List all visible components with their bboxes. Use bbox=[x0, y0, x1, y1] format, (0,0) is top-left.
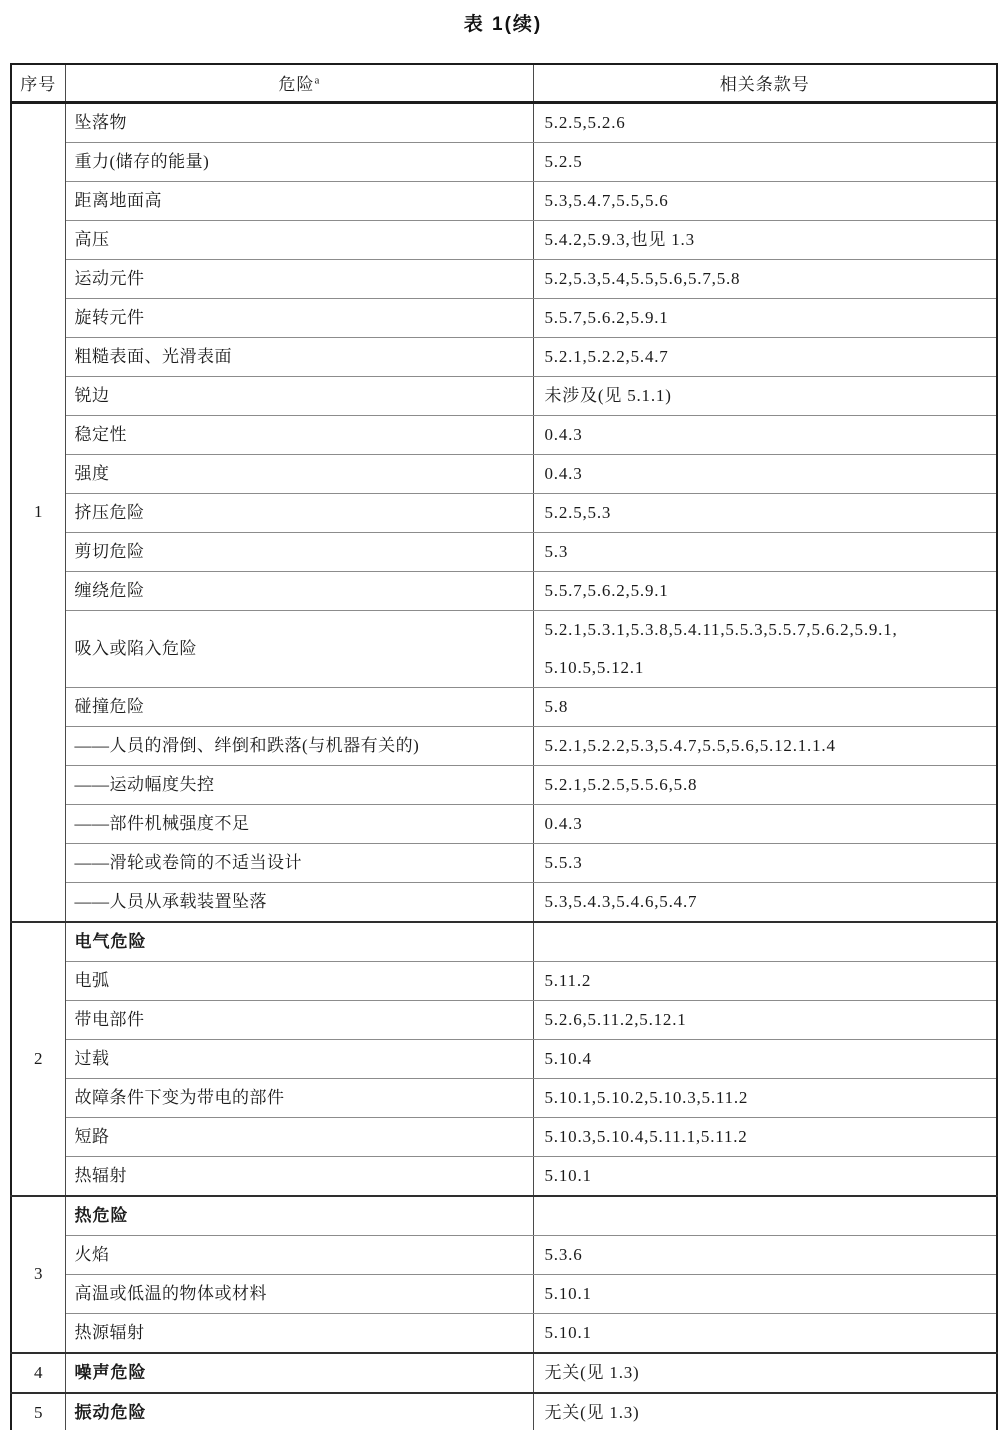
clauses-cell: 5.2.5 bbox=[533, 142, 997, 181]
clauses-cell: 5.11.2 bbox=[533, 961, 997, 1000]
hazard-cell: ——滑轮或卷筒的不适当设计 bbox=[65, 843, 533, 882]
table-row: ——滑轮或卷筒的不适当设计5.5.3 bbox=[11, 843, 997, 882]
clauses-cell: 5.2,5.3,5.4,5.5,5.6,5.7,5.8 bbox=[533, 259, 997, 298]
section-index-cell: 5 bbox=[11, 1393, 65, 1430]
clauses-cell: 5.2.6,5.11.2,5.12.1 bbox=[533, 1000, 997, 1039]
table-row: 3热危险 bbox=[11, 1196, 997, 1236]
table-row: 热辐射5.10.1 bbox=[11, 1156, 997, 1196]
table-row: 剪切危险5.3 bbox=[11, 532, 997, 571]
hazard-cell: 稳定性 bbox=[65, 415, 533, 454]
hazard-cell: 短路 bbox=[65, 1117, 533, 1156]
hazard-cell: ——人员的滑倒、绊倒和跌落(与机器有关的) bbox=[65, 726, 533, 765]
hazard-cell: 粗糙表面、光滑表面 bbox=[65, 337, 533, 376]
clauses-cell: 0.4.3 bbox=[533, 804, 997, 843]
clauses-cell: 5.3 bbox=[533, 532, 997, 571]
clauses-cell: 5.2.1,5.2.2,5.3,5.4.7,5.5,5.6,5.12.1.1.4 bbox=[533, 726, 997, 765]
clauses-cell bbox=[533, 922, 997, 962]
hazard-cell: 电弧 bbox=[65, 961, 533, 1000]
document-page: 表 1(续) 序号 危险a 相关条款号 1坠落物5.2.5,5.2.6重力(储存… bbox=[0, 0, 1006, 1430]
hazard-cell: 噪声危险 bbox=[65, 1353, 533, 1393]
clauses-cell: 5.3.6 bbox=[533, 1235, 997, 1274]
clauses-cell: 0.4.3 bbox=[533, 415, 997, 454]
hazard-table: 序号 危险a 相关条款号 1坠落物5.2.5,5.2.6重力(储存的能量)5.2… bbox=[10, 63, 998, 1430]
clauses-cell: 5.10.1,5.10.2,5.10.3,5.11.2 bbox=[533, 1078, 997, 1117]
hazard-cell: 强度 bbox=[65, 454, 533, 493]
clauses-cell: 5.5.7,5.6.2,5.9.1 bbox=[533, 571, 997, 610]
table-row: 热源辐射5.10.1 bbox=[11, 1313, 997, 1353]
hazard-cell: ——人员从承载装置坠落 bbox=[65, 882, 533, 922]
table-row: ——人员从承载装置坠落5.3,5.4.3,5.4.6,5.4.7 bbox=[11, 882, 997, 922]
table-row: 5振动危险无关(见 1.3) bbox=[11, 1393, 997, 1430]
table-row: 2电气危险 bbox=[11, 922, 997, 962]
table-row: 粗糙表面、光滑表面5.2.1,5.2.2,5.4.7 bbox=[11, 337, 997, 376]
clauses-cell: 5.10.1 bbox=[533, 1274, 997, 1313]
column-header-hazard: 危险a bbox=[65, 64, 533, 102]
hazard-cell: 过载 bbox=[65, 1039, 533, 1078]
table-row: ——运动幅度失控5.2.1,5.2.5,5.5.6,5.8 bbox=[11, 765, 997, 804]
clauses-cell: 5.4.2,5.9.3,也见 1.3 bbox=[533, 220, 997, 259]
hazard-cell: 高压 bbox=[65, 220, 533, 259]
hazard-cell: 缠绕危险 bbox=[65, 571, 533, 610]
hazard-cell: 火焰 bbox=[65, 1235, 533, 1274]
clauses-cell: 5.10.3,5.10.4,5.11.1,5.11.2 bbox=[533, 1117, 997, 1156]
hazard-cell: ——部件机械强度不足 bbox=[65, 804, 533, 843]
column-header-index: 序号 bbox=[11, 64, 65, 102]
clauses-cell: 0.4.3 bbox=[533, 454, 997, 493]
table-row: 运动元件5.2,5.3,5.4,5.5,5.6,5.7,5.8 bbox=[11, 259, 997, 298]
section-index-cell: 1 bbox=[11, 102, 65, 922]
table-row: 高压5.4.2,5.9.3,也见 1.3 bbox=[11, 220, 997, 259]
clauses-cell: 5.2.5,5.2.6 bbox=[533, 102, 997, 142]
table-row: 短路5.10.3,5.10.4,5.11.1,5.11.2 bbox=[11, 1117, 997, 1156]
table-row: 重力(储存的能量)5.2.5 bbox=[11, 142, 997, 181]
hazard-cell: 带电部件 bbox=[65, 1000, 533, 1039]
clauses-cell: 5.5.7,5.6.2,5.9.1 bbox=[533, 298, 997, 337]
table-row: 稳定性0.4.3 bbox=[11, 415, 997, 454]
table-row: ——人员的滑倒、绊倒和跌落(与机器有关的)5.2.1,5.2.2,5.3,5.4… bbox=[11, 726, 997, 765]
hazard-cell: ——运动幅度失控 bbox=[65, 765, 533, 804]
clauses-cell: 5.2.1,5.2.2,5.4.7 bbox=[533, 337, 997, 376]
clauses-cell: 5.3,5.4.3,5.4.6,5.4.7 bbox=[533, 882, 997, 922]
hazard-table-body: 1坠落物5.2.5,5.2.6重力(储存的能量)5.2.5距离地面高5.3,5.… bbox=[11, 102, 997, 1430]
table-row: 挤压危险5.2.5,5.3 bbox=[11, 493, 997, 532]
table-title: 表 1(续) bbox=[0, 9, 1006, 36]
section-index-cell: 2 bbox=[11, 922, 65, 1196]
table-row: 电弧5.11.2 bbox=[11, 961, 997, 1000]
table-row: 旋转元件5.5.7,5.6.2,5.9.1 bbox=[11, 298, 997, 337]
hazard-cell: 高温或低温的物体或材料 bbox=[65, 1274, 533, 1313]
hazard-cell: 挤压危险 bbox=[65, 493, 533, 532]
table-row: 火焰5.3.6 bbox=[11, 1235, 997, 1274]
hazard-cell: 重力(储存的能量) bbox=[65, 142, 533, 181]
hazard-cell: 碰撞危险 bbox=[65, 687, 533, 726]
column-header-clauses-label: 相关条款号 bbox=[720, 75, 810, 94]
clauses-cell: 5.2.1,5.2.5,5.5.6,5.8 bbox=[533, 765, 997, 804]
hazard-cell: 热危险 bbox=[65, 1196, 533, 1236]
hazard-cell: 电气危险 bbox=[65, 922, 533, 962]
table-row: 缠绕危险5.5.7,5.6.2,5.9.1 bbox=[11, 571, 997, 610]
clauses-cell: 5.2.1,5.3.1,5.3.8,5.4.11,5.5.3,5.5.7,5.6… bbox=[533, 610, 997, 687]
hazard-cell: 运动元件 bbox=[65, 259, 533, 298]
hazard-cell: 剪切危险 bbox=[65, 532, 533, 571]
hazard-cell: 坠落物 bbox=[65, 102, 533, 142]
clauses-cell: 无关(见 1.3) bbox=[533, 1353, 997, 1393]
table-header-row: 序号 危险a 相关条款号 bbox=[11, 64, 997, 102]
table-row: 带电部件5.2.6,5.11.2,5.12.1 bbox=[11, 1000, 997, 1039]
hazard-cell: 故障条件下变为带电的部件 bbox=[65, 1078, 533, 1117]
clauses-cell: 5.10.1 bbox=[533, 1156, 997, 1196]
table-row: 过载5.10.4 bbox=[11, 1039, 997, 1078]
clauses-cell: 未涉及(见 5.1.1) bbox=[533, 376, 997, 415]
table-row: 高温或低温的物体或材料5.10.1 bbox=[11, 1274, 997, 1313]
table-row: 1坠落物5.2.5,5.2.6 bbox=[11, 102, 997, 142]
column-header-index-label: 序号 bbox=[20, 75, 56, 94]
clauses-cell bbox=[533, 1196, 997, 1236]
table-row: ——部件机械强度不足0.4.3 bbox=[11, 804, 997, 843]
hazard-cell: 热辐射 bbox=[65, 1156, 533, 1196]
table-row: 强度0.4.3 bbox=[11, 454, 997, 493]
section-index-cell: 4 bbox=[11, 1353, 65, 1393]
hazard-cell: 锐边 bbox=[65, 376, 533, 415]
clauses-cell: 5.8 bbox=[533, 687, 997, 726]
column-header-hazard-label: 危险 bbox=[279, 75, 315, 94]
hazard-cell: 振动危险 bbox=[65, 1393, 533, 1430]
table-row: 吸入或陷入危险5.2.1,5.3.1,5.3.8,5.4.11,5.5.3,5.… bbox=[11, 610, 997, 687]
clauses-cell: 5.10.1 bbox=[533, 1313, 997, 1353]
clauses-cell: 5.10.4 bbox=[533, 1039, 997, 1078]
clauses-cell: 5.3,5.4.7,5.5,5.6 bbox=[533, 181, 997, 220]
clauses-cell: 5.2.5,5.3 bbox=[533, 493, 997, 532]
table-row: 碰撞危险5.8 bbox=[11, 687, 997, 726]
table-row: 4噪声危险无关(见 1.3) bbox=[11, 1353, 997, 1393]
table-row: 锐边未涉及(见 5.1.1) bbox=[11, 376, 997, 415]
clauses-cell: 无关(见 1.3) bbox=[533, 1393, 997, 1430]
hazard-cell: 旋转元件 bbox=[65, 298, 533, 337]
section-index-cell: 3 bbox=[11, 1196, 65, 1353]
hazard-footnote-superscript: a bbox=[315, 75, 320, 87]
hazard-cell: 热源辐射 bbox=[65, 1313, 533, 1353]
hazard-cell: 吸入或陷入危险 bbox=[65, 610, 533, 687]
hazard-cell: 距离地面高 bbox=[65, 181, 533, 220]
table-row: 距离地面高5.3,5.4.7,5.5,5.6 bbox=[11, 181, 997, 220]
table-row: 故障条件下变为带电的部件5.10.1,5.10.2,5.10.3,5.11.2 bbox=[11, 1078, 997, 1117]
clauses-cell: 5.5.3 bbox=[533, 843, 997, 882]
column-header-clauses: 相关条款号 bbox=[533, 64, 997, 102]
